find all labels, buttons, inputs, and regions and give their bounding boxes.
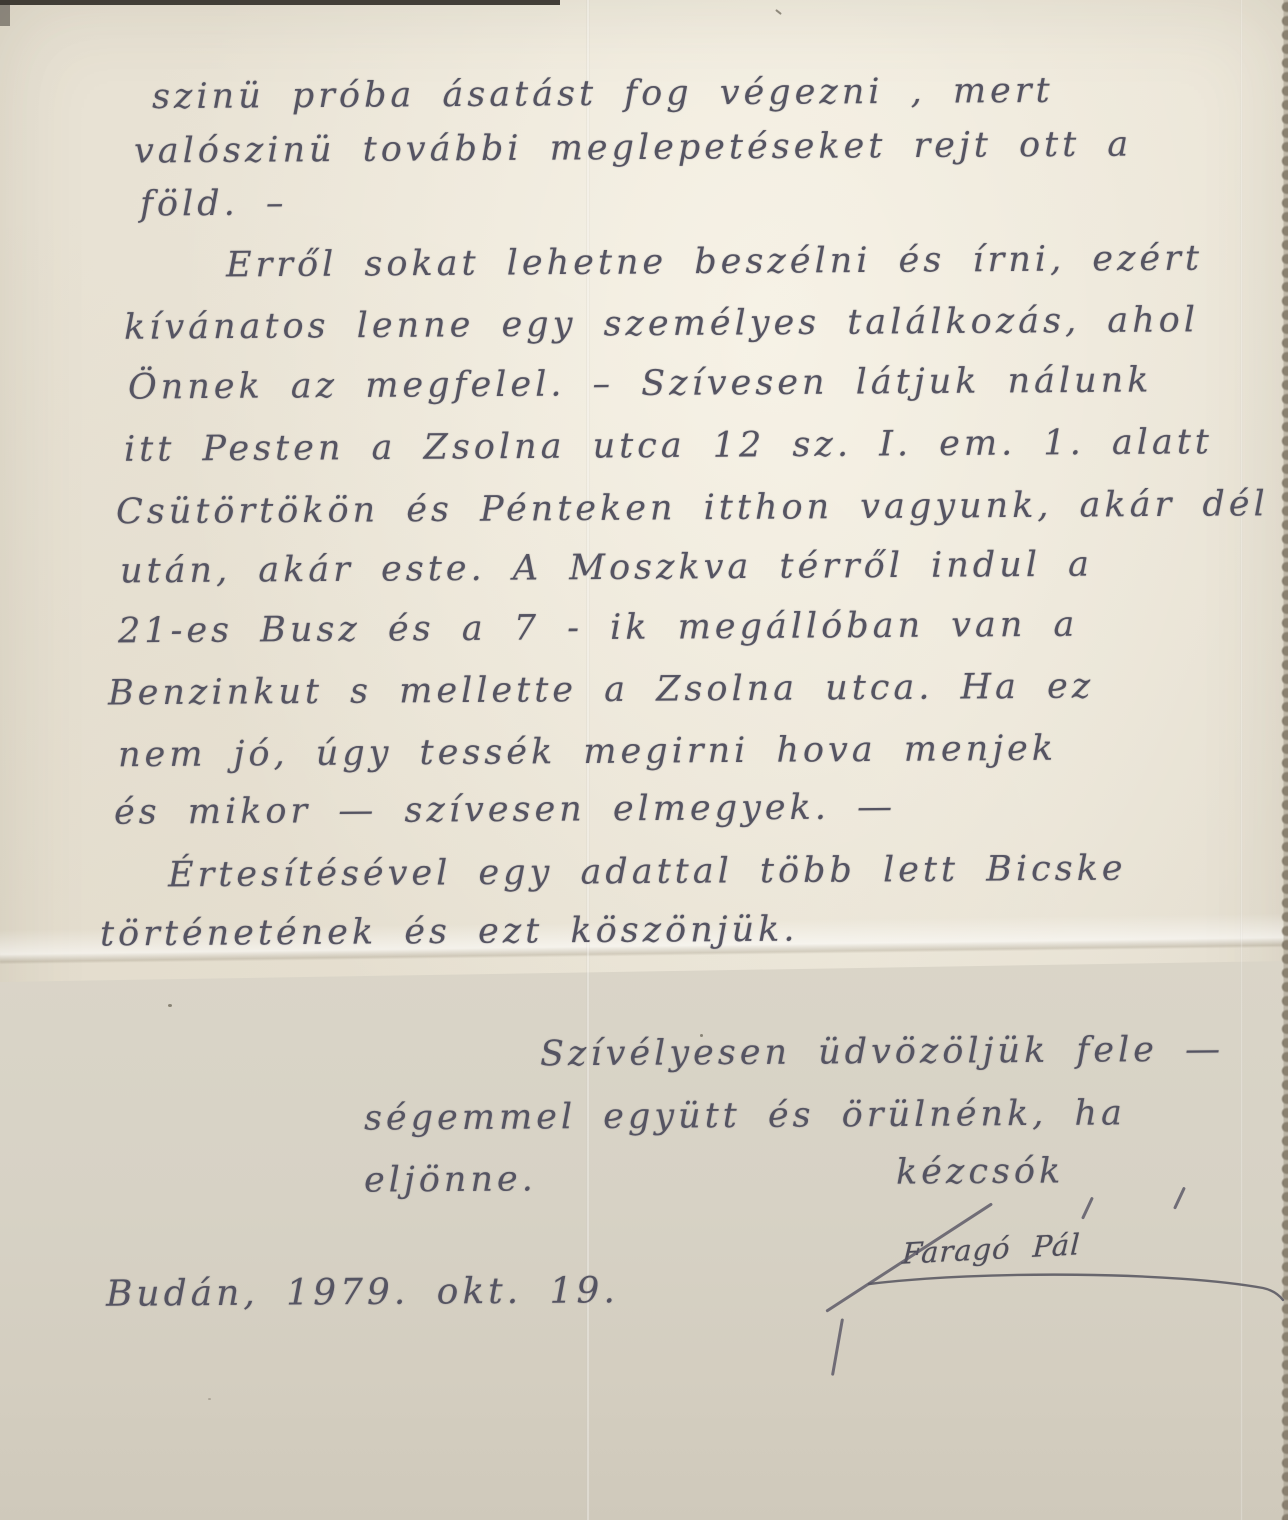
- handwritten-line: itt Pesten a Zsolna utca 12 sz. I. em. 1…: [124, 422, 1213, 470]
- paper-speck: [168, 1004, 172, 1007]
- handwritten-line: történetének és ezt köszönjük.: [100, 910, 799, 955]
- signature-underline-flourish: [855, 1262, 1285, 1306]
- handwritten-line: valószinü további meglepetéseket rejt ot…: [134, 125, 1132, 172]
- closing-line: ségemmel együtt és örülnénk, ha: [364, 1093, 1126, 1138]
- handwritten-line: nem jó, úgy tessék megirni hova menjek: [118, 729, 1057, 776]
- dateline: Budán, 1979. okt. 19.: [106, 1270, 619, 1315]
- closing-line: eljönne.: [364, 1159, 537, 1200]
- handwritten-line: 21-es Busz és a 7 - ik megállóban van a: [118, 605, 1079, 652]
- handwritten-line: föld. –: [140, 183, 288, 224]
- handwritten-line: és mikor — szívesen elmegyek. —: [114, 787, 896, 832]
- handwritten-line: után, akár este. A Moszkva térről indul …: [120, 545, 1093, 592]
- handwritten-line: Csütörtökön és Pénteken itthon vagyunk, …: [116, 484, 1288, 533]
- scan-dark-edge-top: [0, 0, 560, 5]
- handwritten-line: Benzinkut s mellette a Zsolna utca. Ha e…: [108, 667, 1094, 714]
- letter-scan: szinü próba ásatást fog végezni , mert v…: [0, 0, 1288, 1520]
- closing-line: Szívélyesen üdvözöljük fele —: [540, 1030, 1224, 1075]
- handwritten-line: Önnek az megfelel. – Szívesen látjuk nál…: [128, 360, 1153, 407]
- handwritten-line: Erről sokat lehetne beszélni és írni, ez…: [226, 239, 1203, 286]
- handwritten-line: kívánatos lenne egy személyes találkozás…: [124, 300, 1199, 348]
- paper-speck: [208, 1398, 211, 1400]
- valediction: kézcsók: [896, 1151, 1064, 1192]
- scan-dark-edge-corner: [0, 0, 10, 26]
- handwritten-line: szinü próba ásatást fog végezni , mert: [152, 71, 1054, 117]
- handwritten-line: Értesítésével egy adattal több lett Bics…: [168, 849, 1127, 896]
- ink-fragment-top-edge: [775, 9, 782, 15]
